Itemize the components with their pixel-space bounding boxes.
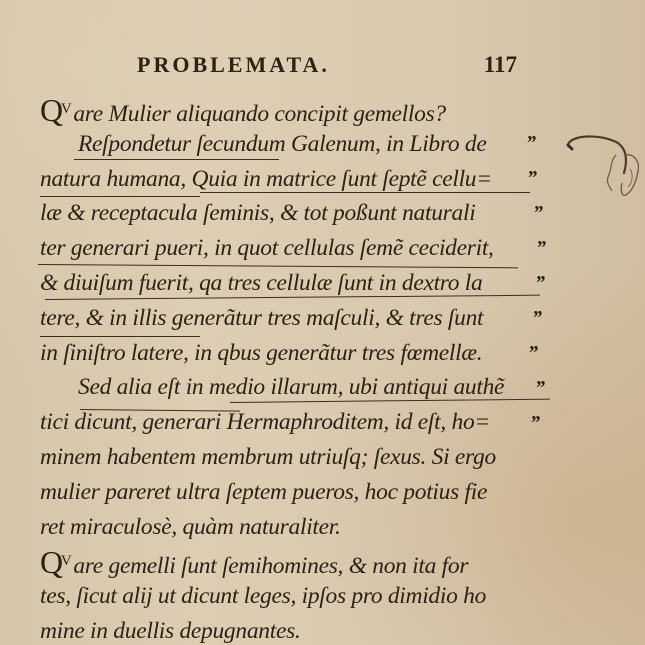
ink-underline — [200, 192, 530, 193]
book-page: PROBLEMATA. 117 QVare Mulier aliquando c… — [0, 0, 645, 645]
margin-mark: ” — [527, 167, 536, 190]
ink-underline — [40, 336, 200, 337]
text-line: Reſpondetur ſecundum Galenum, in Libro d… — [40, 127, 540, 162]
page-number: 117 — [484, 52, 517, 78]
ink-underline — [40, 196, 200, 197]
margin-mark: ” — [526, 132, 535, 155]
marginal-sketch-icon — [560, 125, 645, 205]
text-line: læ & receptacula ſeminis, & tot poßunt n… — [40, 196, 540, 231]
drop-initial: Q — [40, 92, 63, 128]
text-line: QVare gemelli ſunt ſemihomines, & non it… — [40, 544, 540, 579]
drop-initial-v: V — [61, 101, 72, 117]
margin-mark: ” — [533, 202, 542, 225]
drop-initial: Q — [40, 544, 63, 580]
drop-initial-v: V — [61, 553, 72, 569]
margin-mark: ” — [536, 237, 545, 260]
running-head: PROBLEMATA. 117 — [137, 52, 517, 82]
margin-mark: ” — [535, 272, 544, 295]
text-line: mulier pareret ultra ſeptem pueros, hoc … — [40, 475, 540, 510]
text-line: QVare Mulier aliquando concipit gemellos… — [40, 92, 540, 127]
margin-mark: ” — [530, 412, 539, 435]
text-line: tere, & in illis generãtur tres maſculi,… — [40, 301, 540, 336]
ink-underline — [74, 159, 279, 160]
text-line: mine in duellis depugnantes. — [40, 614, 540, 645]
text-line: ter generari pueri, in quot cellulas ſem… — [40, 231, 540, 266]
text-line: minem habentem membrum utriuſq; ſexus. S… — [40, 440, 540, 475]
text-line: tes, ſicut alij ut dicunt leges, ipſos p… — [40, 579, 540, 614]
text-line: ret miraculosè, quàm naturaliter. — [40, 510, 540, 545]
margin-mark: ” — [528, 342, 537, 365]
running-head-title: PROBLEMATA. — [137, 52, 330, 78]
text-line: in ſiniſtro latere, in qbus generãtur tr… — [40, 336, 540, 371]
margin-mark: ” — [535, 377, 544, 400]
text-line: tici dicunt, generari Hermaphroditem, id… — [40, 405, 540, 440]
body-text: QVare Mulier aliquando concipit gemellos… — [40, 92, 540, 645]
margin-mark: ” — [532, 307, 541, 330]
